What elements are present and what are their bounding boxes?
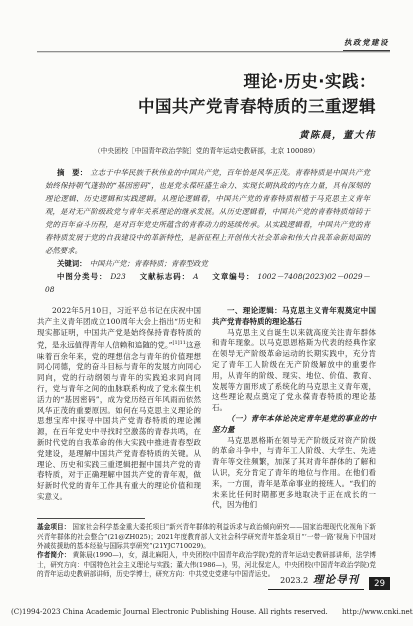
article-no-label: 文章编号： [211, 272, 254, 281]
keywords-line: 关键词：中国共产党；青春特质；青春型政党 [45, 257, 370, 270]
fund-text: 国家社会科学基金重大委托项目“新兴青年群体的利益诉求与政治倾向研究——国家治理现… [37, 523, 376, 550]
section-1-paragraph: 马克思主义自诞生以来就高度关注青年群体和青年现象。以马克思恩格斯为代表的经典作家… [212, 328, 376, 414]
authors: 黄陈晨，董大伟 [37, 127, 376, 141]
page-content: 理论·历史·实践： 中国共产党青春特质的三重逻辑 黄陈晨，董大伟 （中央团校［中… [37, 69, 376, 580]
classification-line: 中图分类号：D23文献标志码：A文章编号：1002－7408(2023)02－0… [45, 270, 370, 296]
body-columns: 2022年5月10日，习近平总书记在庆祝中国共产主义青年团成立100周年大会上指… [37, 306, 376, 511]
page-number-badge: 29 [369, 577, 390, 590]
affiliation: （中央团校［中国青年政治学院］党的青年运动史教研部，北京 100089） [37, 145, 376, 155]
section-1-heading: 一、理论逻辑：马克思主义青年观奠定中国共产党青春特质的理论基石 [212, 306, 376, 328]
journal-name: 理论导刊 [313, 572, 359, 587]
right-column: 一、理论逻辑：马克思主义青年观奠定中国共产党青春特质的理论基石 马克思主义自诞生… [212, 306, 376, 511]
subsection-1-paragraph: 马克思恩格斯在领导无产阶级反对资产阶级的革命斗争中，与青年工人阶级、大学生、先进… [212, 436, 376, 512]
copyright-line: (C)1994-2023 China Academic Journal Elec… [11, 607, 413, 617]
article-title-line2: 中国共产党青春特质的三重逻辑 [37, 94, 376, 119]
citation-marker: [1]11 [173, 340, 186, 346]
footnote-rule [37, 518, 145, 519]
journal-page: 执政党建设 理论·历史·实践： 中国共产党青春特质的三重逻辑 黄陈晨，董大伟 （… [0, 0, 413, 626]
abstract-label: 摘 要： [57, 168, 87, 177]
clc-value: D23 [110, 272, 125, 281]
abstract-paragraph: 摘 要：立志于中华民族千秋伟业的中国共产党，百年恰是风华正茂。青春特质是中国共产… [45, 166, 370, 257]
intro-text-post: 这意味着百余年来，党的理想信念与青年的价值理想同心同德，党的奋斗目标与青年的发展… [37, 341, 201, 501]
page-header: 执政党建设 [37, 30, 390, 51]
doc-code-label: 文献标志码： [139, 272, 190, 281]
keywords-label: 关键词： [57, 259, 87, 268]
left-column: 2022年5月10日，习近平总书记在庆祝中国共产主义青年团成立100周年大会上指… [37, 306, 201, 511]
article-title-line1: 理论·历史·实践： [37, 69, 376, 94]
abstract-text: 立志于中华民族千秋伟业的中国共产党，百年恰是风华正茂。青春特质是中国共产党始终保… [45, 168, 370, 255]
keywords-value: 中国共产党；青春特质；青春型政党 [90, 259, 208, 268]
abstract-block: 摘 要：立志于中华民族千秋伟业的中国共产党，百年恰是风华正茂。青春特质是中国共产… [45, 166, 370, 296]
doc-code-value: A [193, 272, 198, 281]
fund-label: 基金项目： [37, 523, 70, 531]
subsection-1-heading: （一）青年本体论决定青年是党的事业的中坚力量 [212, 414, 376, 436]
header-rule [37, 51, 390, 53]
section-label: 执政党建设 [343, 37, 390, 51]
issue-number: 2023.2 [280, 576, 308, 585]
intro-paragraph: 2022年5月10日，习近平总书记在庆祝中国共产主义青年团成立100周年大会上指… [37, 306, 201, 503]
fund-note: 基金项目：国家社会科学基金重大委托项目“新兴青年群体的利益诉求与政治倾向研究——… [37, 523, 376, 551]
clc-label: 中图分类号： [57, 272, 107, 281]
article-title: 理论·历史·实践： 中国共产党青春特质的三重逻辑 [37, 69, 376, 119]
author-bio-label: 作者简介： [37, 551, 71, 559]
page-footer: 2023.2 理论导刊 29 [268, 572, 390, 590]
footer-issue-journal: 2023.2 理论导刊 [268, 572, 364, 590]
